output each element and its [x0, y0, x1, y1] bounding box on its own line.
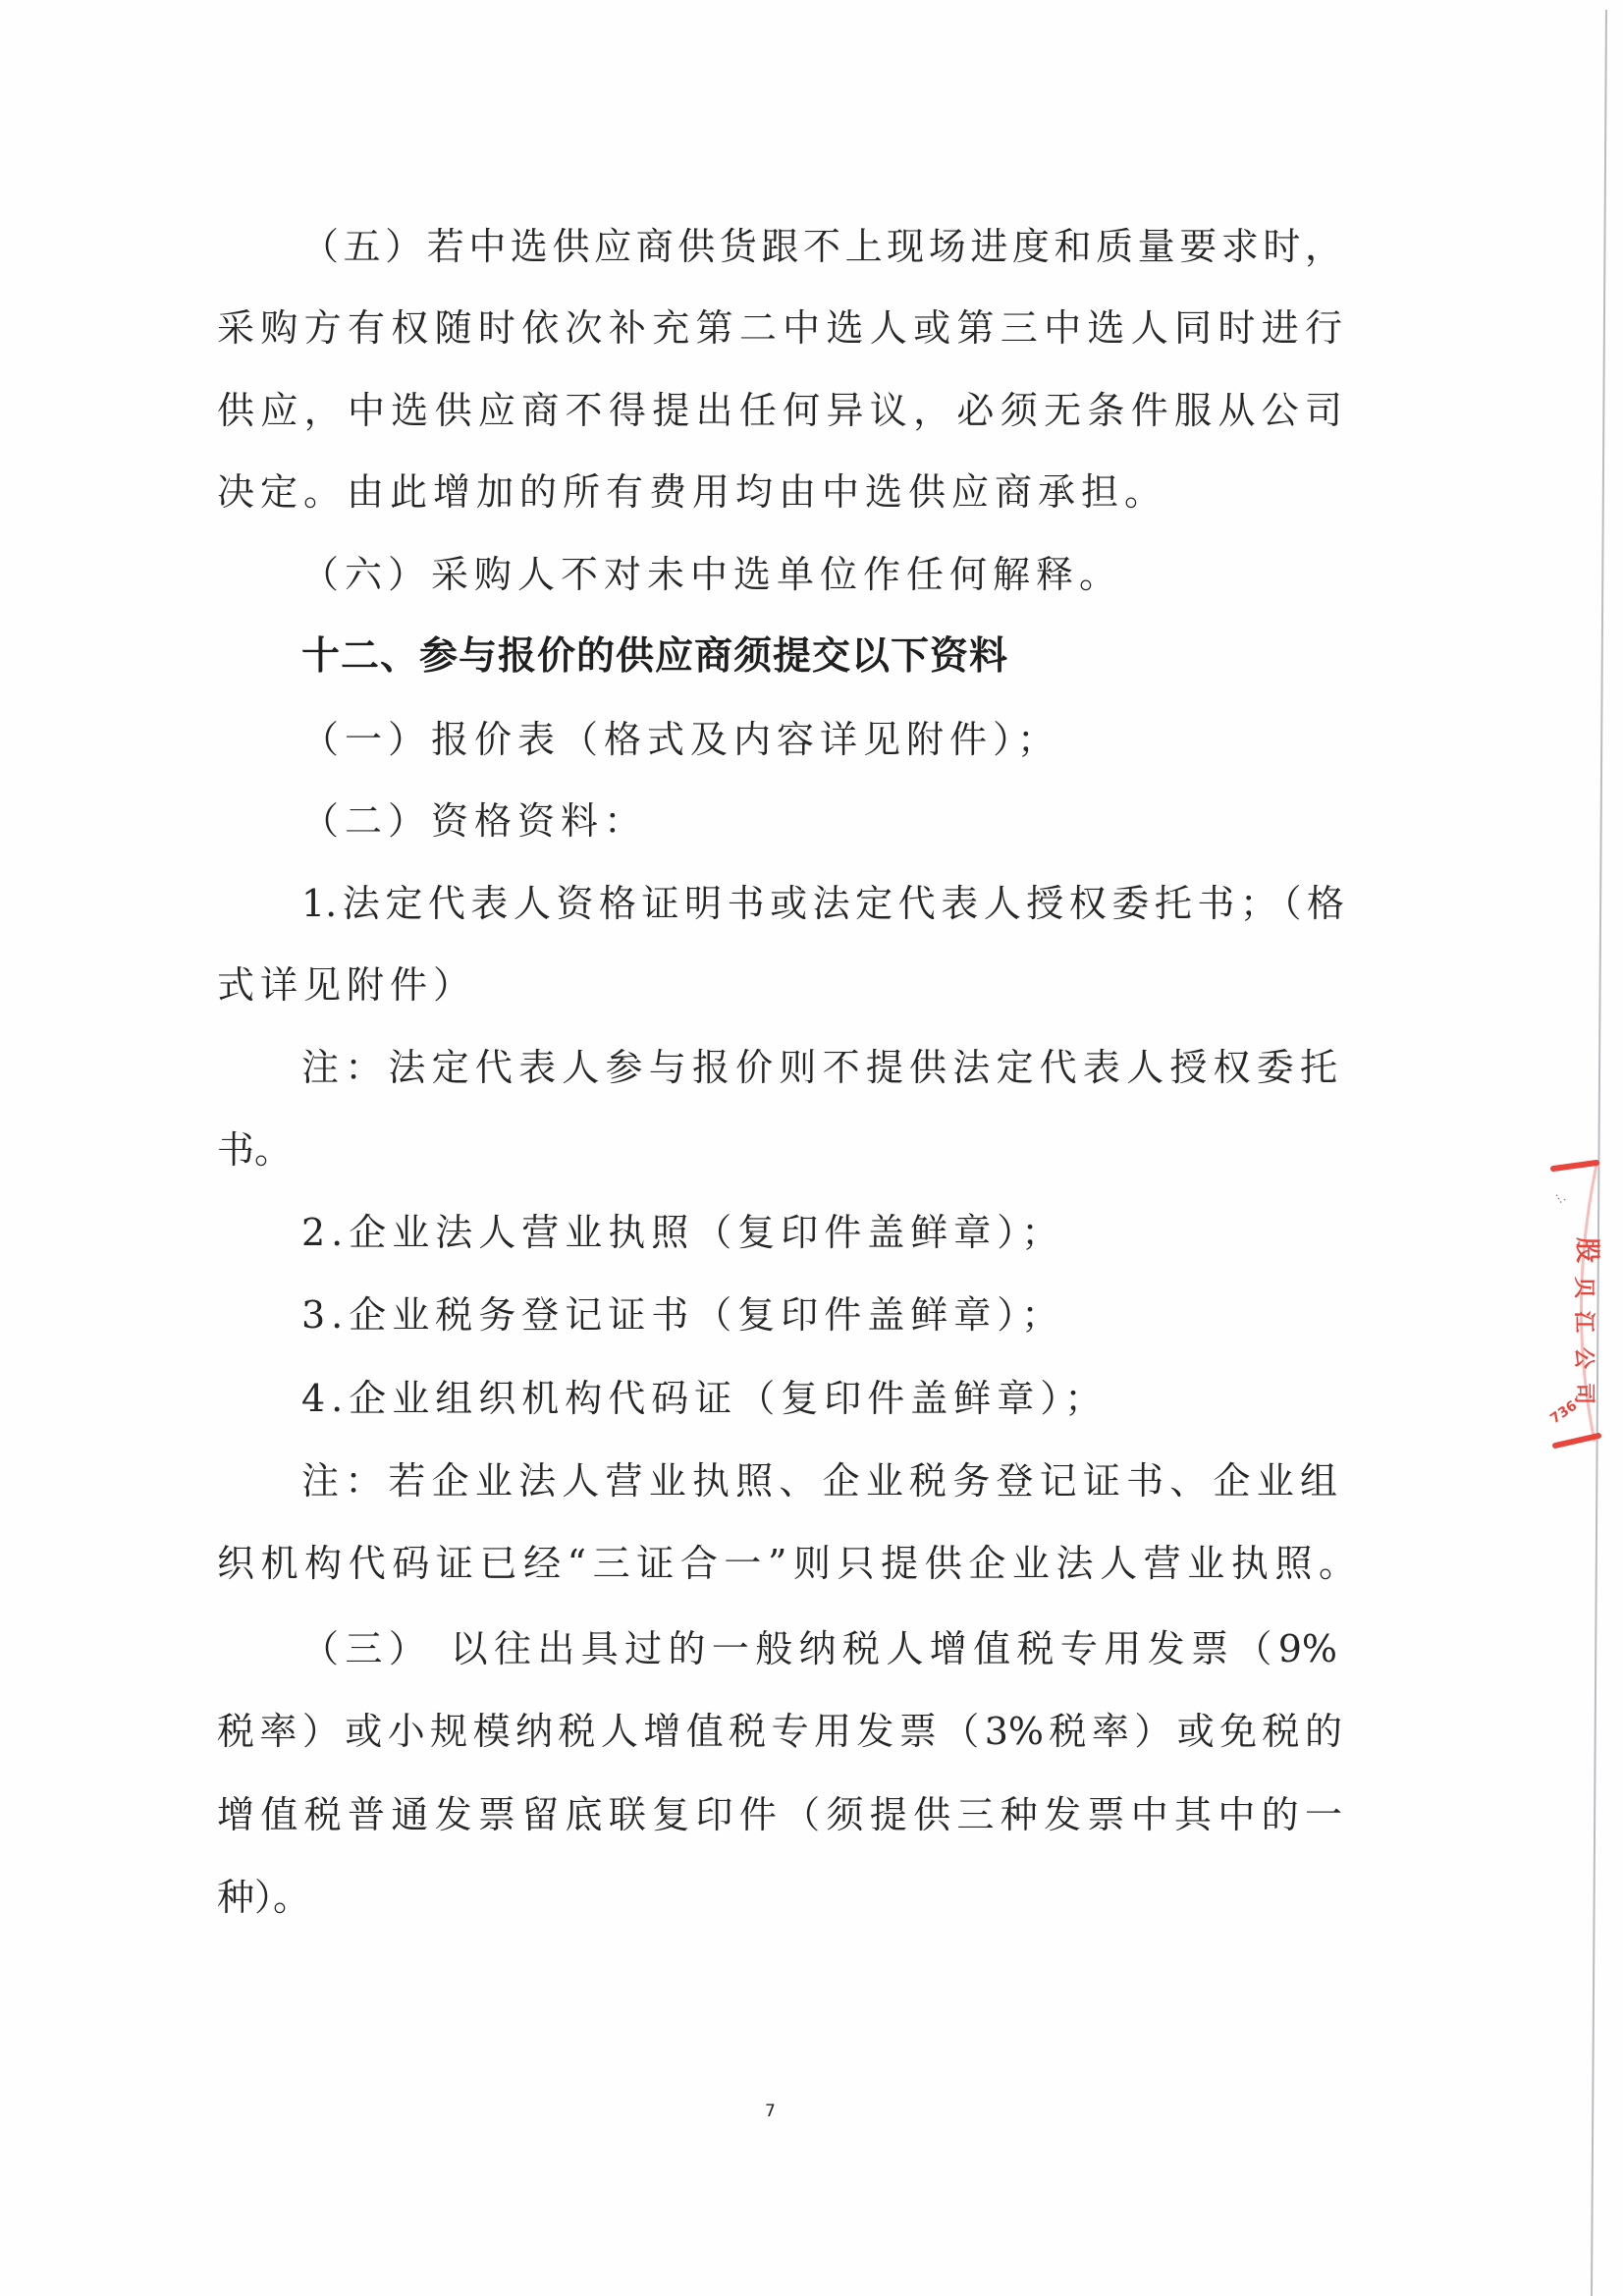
paragraph-line-18: （三） 以往出具过的一般纳税人增值税专用发票（9%	[301, 1624, 1337, 1673]
paragraph-line-3: 供应，中选供应商不得提出任何异议，必须无条件服从公司	[217, 386, 1342, 435]
paragraph-line-21: 种）。	[217, 1873, 310, 1922]
svg-text:公: 公	[1571, 1347, 1596, 1370]
paragraph-line-8: （二）资格资料：	[301, 796, 647, 846]
paragraph-line-19: 税率）或小规模纳税人增值税专用发票（3%税率）或免税的	[217, 1707, 1342, 1756]
red-seal-stamp-icon: 股 贝 江 公 司 736 ..:	[1547, 1163, 1601, 1446]
page-number: 7	[765, 2102, 776, 2121]
paragraph-line-4: 决定。由此增加的所有费用均由中选供应商承担。	[217, 467, 1167, 517]
paragraph-line-5: （六）采购人不对未中选单位作任何解释。	[301, 550, 1122, 599]
paragraph-line-11: 注：法定代表人参与报价则不提供法定代表人授权委托	[301, 1043, 1337, 1092]
section-heading: 十二、参与报价的供应商须提交以下资料	[301, 632, 1008, 682]
scan-edge-line	[1592, 10, 1606, 2296]
paragraph-line-17: 织机构代码证已经“三证合一”则只提供企业法人营业执照。	[217, 1539, 1356, 1588]
document-page: （五）若中选供应商供货跟不上现场进度和质量要求时， 采购方有权随时依次补充第二中…	[0, 0, 1623, 2296]
paragraph-line-10: 式详见附件）	[217, 960, 476, 1010]
paragraph-line-7: （一）报价表（格式及内容详见附件）；	[301, 715, 1060, 764]
paragraph-line-1: （五）若中选供应商供货跟不上现场进度和质量要求时，	[301, 222, 1342, 271]
paragraph-line-20: 增值税普通发票留底联复印件（须提供三种发票中其中的一	[217, 1790, 1342, 1839]
svg-text:江: 江	[1571, 1311, 1596, 1334]
paragraph-line-15: 4.企业组织机构代码证（复印件盖鲜章）；	[301, 1374, 1108, 1423]
paragraph-line-16: 注：若企业法人营业执照、企业税务登记证书、企业组	[301, 1456, 1337, 1505]
svg-text:司: 司	[1571, 1383, 1596, 1404]
paragraph-line-2: 采购方有权随时依次补充第二中选人或第三中选人同时进行	[217, 303, 1342, 353]
svg-text:股: 股	[1572, 1237, 1601, 1263]
svg-text:贝: 贝	[1571, 1277, 1596, 1298]
svg-text:736: 736	[1547, 1397, 1580, 1427]
paragraph-line-12: 书。	[217, 1125, 292, 1175]
paragraph-line-14: 3.企业税务登记证书（复印件盖鲜章）；	[301, 1290, 1064, 1339]
paragraph-line-9: 1.法定代表人资格证明书或法定代表人授权委托书；（格	[301, 879, 1344, 928]
svg-text:..:: ..:	[1552, 1189, 1570, 1206]
paragraph-line-13: 2.企业法人营业执照（复印件盖鲜章）；	[301, 1208, 1064, 1257]
